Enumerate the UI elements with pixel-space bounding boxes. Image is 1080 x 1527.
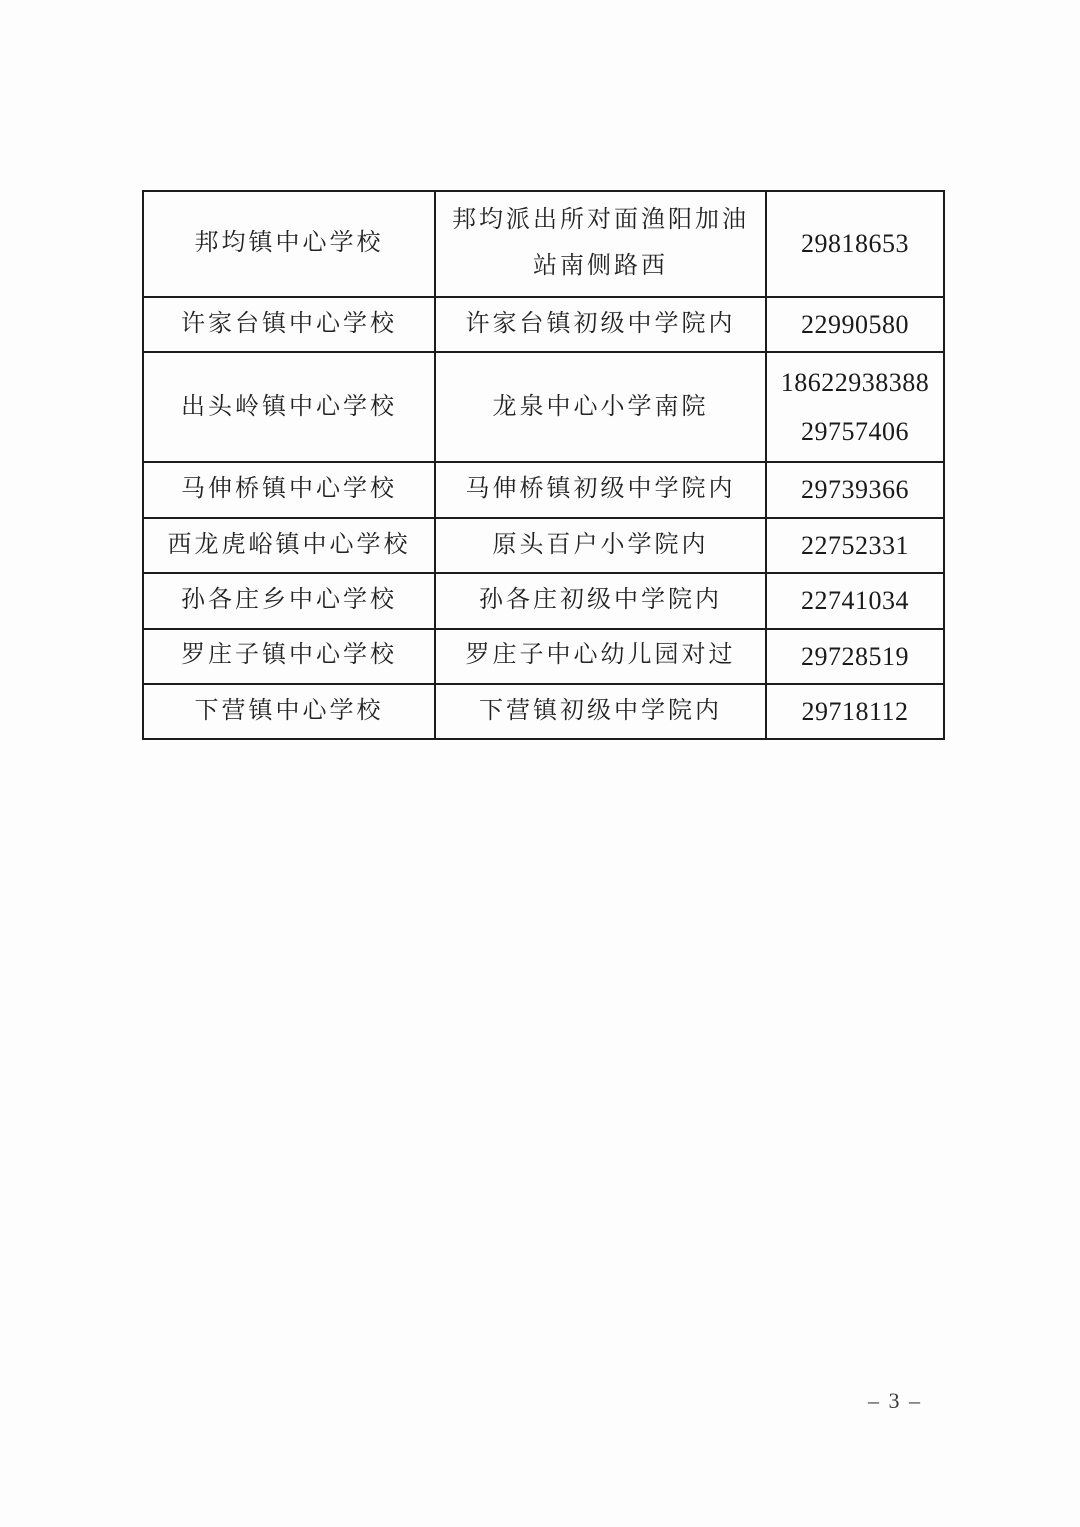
location-text: 原头百户小学院内 [493,523,709,569]
location-cell: 马伸桥镇初级中学院内 [435,462,766,517]
phone-number: 29818653 [773,219,937,268]
phone-cell: 29818653 [766,191,944,297]
table-row: 许家台镇中心学校 许家台镇初级中学院内 22990580 [143,297,944,352]
page-number: – 3 – [840,1388,950,1414]
location-text: 许家台镇初级中学院内 [466,302,736,348]
school-name-cell: 出头岭镇中心学校 [143,352,435,462]
phone-number: 22990580 [773,300,937,349]
location-cell: 罗庄子中心幼儿园对过 [435,629,766,684]
school-name-cell: 邦均镇中心学校 [143,191,435,297]
school-name-cell: 许家台镇中心学校 [143,297,435,352]
phone-cell: 29739366 [766,462,944,517]
location-cell: 邦均派出所对面渔阳加油站南侧路西 [435,191,766,297]
location-cell: 原头百户小学院内 [435,518,766,573]
location-text: 邦均派出所对面渔阳加油站南侧路西 [450,198,752,289]
location-text: 马伸桥镇初级中学院内 [466,467,736,513]
school-name-cell: 罗庄子镇中心学校 [143,629,435,684]
school-name-cell: 下营镇中心学校 [143,684,435,739]
phone-number: 22752331 [773,521,937,570]
location-text: 孙各庄初级中学院内 [479,578,722,624]
phone-number: 29739366 [773,465,937,514]
school-name-cell: 马伸桥镇中心学校 [143,462,435,517]
school-name-cell: 西龙虎峪镇中心学校 [143,518,435,573]
location-cell: 下营镇初级中学院内 [435,684,766,739]
phone-cell: 22752331 [766,518,944,573]
phone-number: 29728519 [773,632,937,681]
location-cell: 许家台镇初级中学院内 [435,297,766,352]
phone-number: 18622938388 [773,358,937,407]
location-text: 下营镇初级中学院内 [479,689,722,735]
table-row: 孙各庄乡中心学校 孙各庄初级中学院内 22741034 [143,573,944,628]
phone-cell: 18622938388 29757406 [766,352,944,462]
phone-cell: 29718112 [766,684,944,739]
table-row: 邦均镇中心学校 邦均派出所对面渔阳加油站南侧路西 29818653 [143,191,944,297]
phone-number: 22741034 [773,576,937,625]
location-text: 罗庄子中心幼儿园对过 [466,633,736,679]
table-row: 马伸桥镇中心学校 马伸桥镇初级中学院内 29739366 [143,462,944,517]
phone-number: 29718112 [773,687,937,736]
phone-number: 29757406 [773,407,937,456]
phone-cell: 22990580 [766,297,944,352]
location-cell: 龙泉中心小学南院 [435,352,766,462]
school-contact-table: 邦均镇中心学校 邦均派出所对面渔阳加油站南侧路西 29818653 许家台镇中心… [142,190,945,740]
table-row: 罗庄子镇中心学校 罗庄子中心幼儿园对过 29728519 [143,629,944,684]
table-row: 出头岭镇中心学校 龙泉中心小学南院 18622938388 29757406 [143,352,944,462]
phone-cell: 29728519 [766,629,944,684]
location-cell: 孙各庄初级中学院内 [435,573,766,628]
location-text: 龙泉中心小学南院 [493,385,709,431]
phone-cell: 22741034 [766,573,944,628]
document-page: 邦均镇中心学校 邦均派出所对面渔阳加油站南侧路西 29818653 许家台镇中心… [0,0,1080,1527]
table-row: 下营镇中心学校 下营镇初级中学院内 29718112 [143,684,944,739]
table-row: 西龙虎峪镇中心学校 原头百户小学院内 22752331 [143,518,944,573]
school-name-cell: 孙各庄乡中心学校 [143,573,435,628]
